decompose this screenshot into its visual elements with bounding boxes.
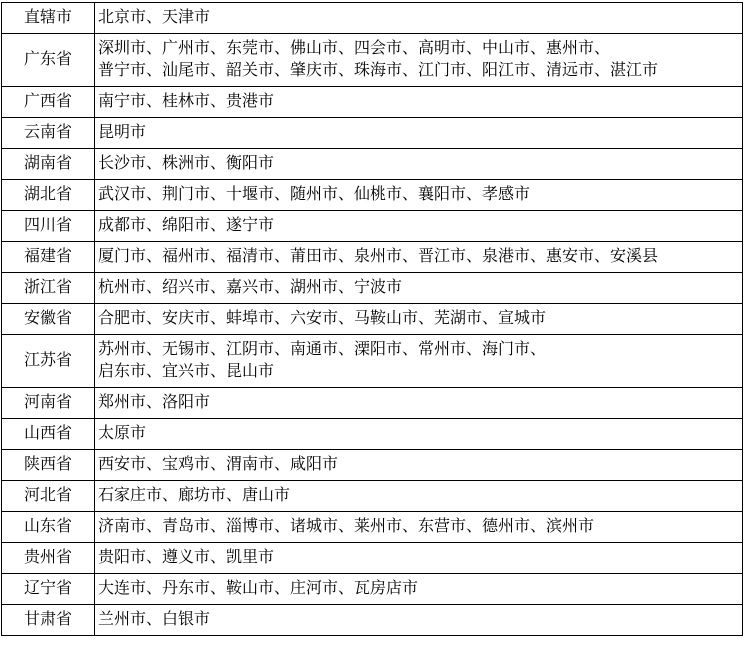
table-row: 河南省 郑州市、洛阳市 bbox=[2, 388, 743, 419]
cities-cell: 长沙市、株洲市、衡阳市 bbox=[95, 149, 743, 180]
cities-cell: 杭州市、绍兴市、嘉兴市、湖州市、宁波市 bbox=[95, 273, 743, 304]
table-row: 河北省 石家庄市、廊坊市、唐山市 bbox=[2, 481, 743, 512]
cities-cell: 北京市、天津市 bbox=[95, 3, 743, 34]
table-row: 湖北省 武汉市、荆门市、十堰市、随州市、仙桃市、襄阳市、孝感市 bbox=[2, 180, 743, 211]
table-row: 辽宁省 大连市、丹东市、鞍山市、庄河市、瓦房店市 bbox=[2, 574, 743, 605]
province-cell: 湖南省 bbox=[2, 149, 95, 180]
cities-cell: 郑州市、洛阳市 bbox=[95, 388, 743, 419]
cities-cell: 武汉市、荆门市、十堰市、随州市、仙桃市、襄阳市、孝感市 bbox=[95, 180, 743, 211]
cities-cell: 济南市、青岛市、淄博市、诸城市、莱州市、东营市、德州市、滨州市 bbox=[95, 512, 743, 543]
cities-cell: 苏州市、无锡市、江阴市、南通市、溧阳市、常州市、海门市、 启东市、宜兴市、昆山市 bbox=[95, 335, 743, 388]
cities-cell: 厦门市、福州市、福清市、莆田市、泉州市、晋江市、泉港市、惠安市、安溪县 bbox=[95, 242, 743, 273]
province-cell: 贵州省 bbox=[2, 543, 95, 574]
cities-cell: 石家庄市、廊坊市、唐山市 bbox=[95, 481, 743, 512]
table-row: 直辖市 北京市、天津市 bbox=[2, 3, 743, 34]
cities-cell: 大连市、丹东市、鞍山市、庄河市、瓦房店市 bbox=[95, 574, 743, 605]
province-cell: 山西省 bbox=[2, 419, 95, 450]
province-cell: 浙江省 bbox=[2, 273, 95, 304]
province-cell: 河南省 bbox=[2, 388, 95, 419]
province-cell: 河北省 bbox=[2, 481, 95, 512]
page-body: 直辖市 北京市、天津市 广东省 深圳市、广州市、东莞市、佛山市、四会市、高明市、… bbox=[0, 0, 744, 636]
table-row: 四川省 成都市、绵阳市、遂宁市 bbox=[2, 211, 743, 242]
table-row: 陕西省 西安市、宝鸡市、渭南市、咸阳市 bbox=[2, 450, 743, 481]
province-cell: 辽宁省 bbox=[2, 574, 95, 605]
cities-cell: 贵阳市、遵义市、凯里市 bbox=[95, 543, 743, 574]
province-cell: 广西省 bbox=[2, 87, 95, 118]
province-cell: 江苏省 bbox=[2, 335, 95, 388]
province-cell: 广东省 bbox=[2, 34, 95, 87]
table-row: 浙江省 杭州市、绍兴市、嘉兴市、湖州市、宁波市 bbox=[2, 273, 743, 304]
cities-cell: 深圳市、广州市、东莞市、佛山市、四会市、高明市、中山市、惠州市、 普宁市、汕尾市… bbox=[95, 34, 743, 87]
cities-cell: 太原市 bbox=[95, 419, 743, 450]
province-cell: 山东省 bbox=[2, 512, 95, 543]
cities-cell: 南宁市、桂林市、贵港市 bbox=[95, 87, 743, 118]
province-cell: 云南省 bbox=[2, 118, 95, 149]
cities-cell: 昆明市 bbox=[95, 118, 743, 149]
province-cell: 陕西省 bbox=[2, 450, 95, 481]
province-cell: 甘肃省 bbox=[2, 605, 95, 636]
province-cell: 安徽省 bbox=[2, 304, 95, 335]
table-body: 直辖市 北京市、天津市 广东省 深圳市、广州市、东莞市、佛山市、四会市、高明市、… bbox=[2, 3, 743, 636]
table-row: 贵州省 贵阳市、遵义市、凯里市 bbox=[2, 543, 743, 574]
table-row: 安徽省 合肥市、安庆市、蚌埠市、六安市、马鞍山市、芜湖市、宣城市 bbox=[2, 304, 743, 335]
cities-cell: 合肥市、安庆市、蚌埠市、六安市、马鞍山市、芜湖市、宣城市 bbox=[95, 304, 743, 335]
province-city-table: 直辖市 北京市、天津市 广东省 深圳市、广州市、东莞市、佛山市、四会市、高明市、… bbox=[1, 2, 743, 636]
table-row: 山东省 济南市、青岛市、淄博市、诸城市、莱州市、东营市、德州市、滨州市 bbox=[2, 512, 743, 543]
cities-cell: 成都市、绵阳市、遂宁市 bbox=[95, 211, 743, 242]
table-row: 江苏省 苏州市、无锡市、江阴市、南通市、溧阳市、常州市、海门市、 启东市、宜兴市… bbox=[2, 335, 743, 388]
province-cell: 湖北省 bbox=[2, 180, 95, 211]
cities-cell: 兰州市、白银市 bbox=[95, 605, 743, 636]
cities-cell: 西安市、宝鸡市、渭南市、咸阳市 bbox=[95, 450, 743, 481]
table-row: 云南省 昆明市 bbox=[2, 118, 743, 149]
table-row: 广西省 南宁市、桂林市、贵港市 bbox=[2, 87, 743, 118]
province-cell: 福建省 bbox=[2, 242, 95, 273]
table-row: 湖南省 长沙市、株洲市、衡阳市 bbox=[2, 149, 743, 180]
table-row: 广东省 深圳市、广州市、东莞市、佛山市、四会市、高明市、中山市、惠州市、 普宁市… bbox=[2, 34, 743, 87]
province-cell: 四川省 bbox=[2, 211, 95, 242]
table-row: 甘肃省 兰州市、白银市 bbox=[2, 605, 743, 636]
province-cell: 直辖市 bbox=[2, 3, 95, 34]
table-row: 山西省 太原市 bbox=[2, 419, 743, 450]
table-row: 福建省 厦门市、福州市、福清市、莆田市、泉州市、晋江市、泉港市、惠安市、安溪县 bbox=[2, 242, 743, 273]
